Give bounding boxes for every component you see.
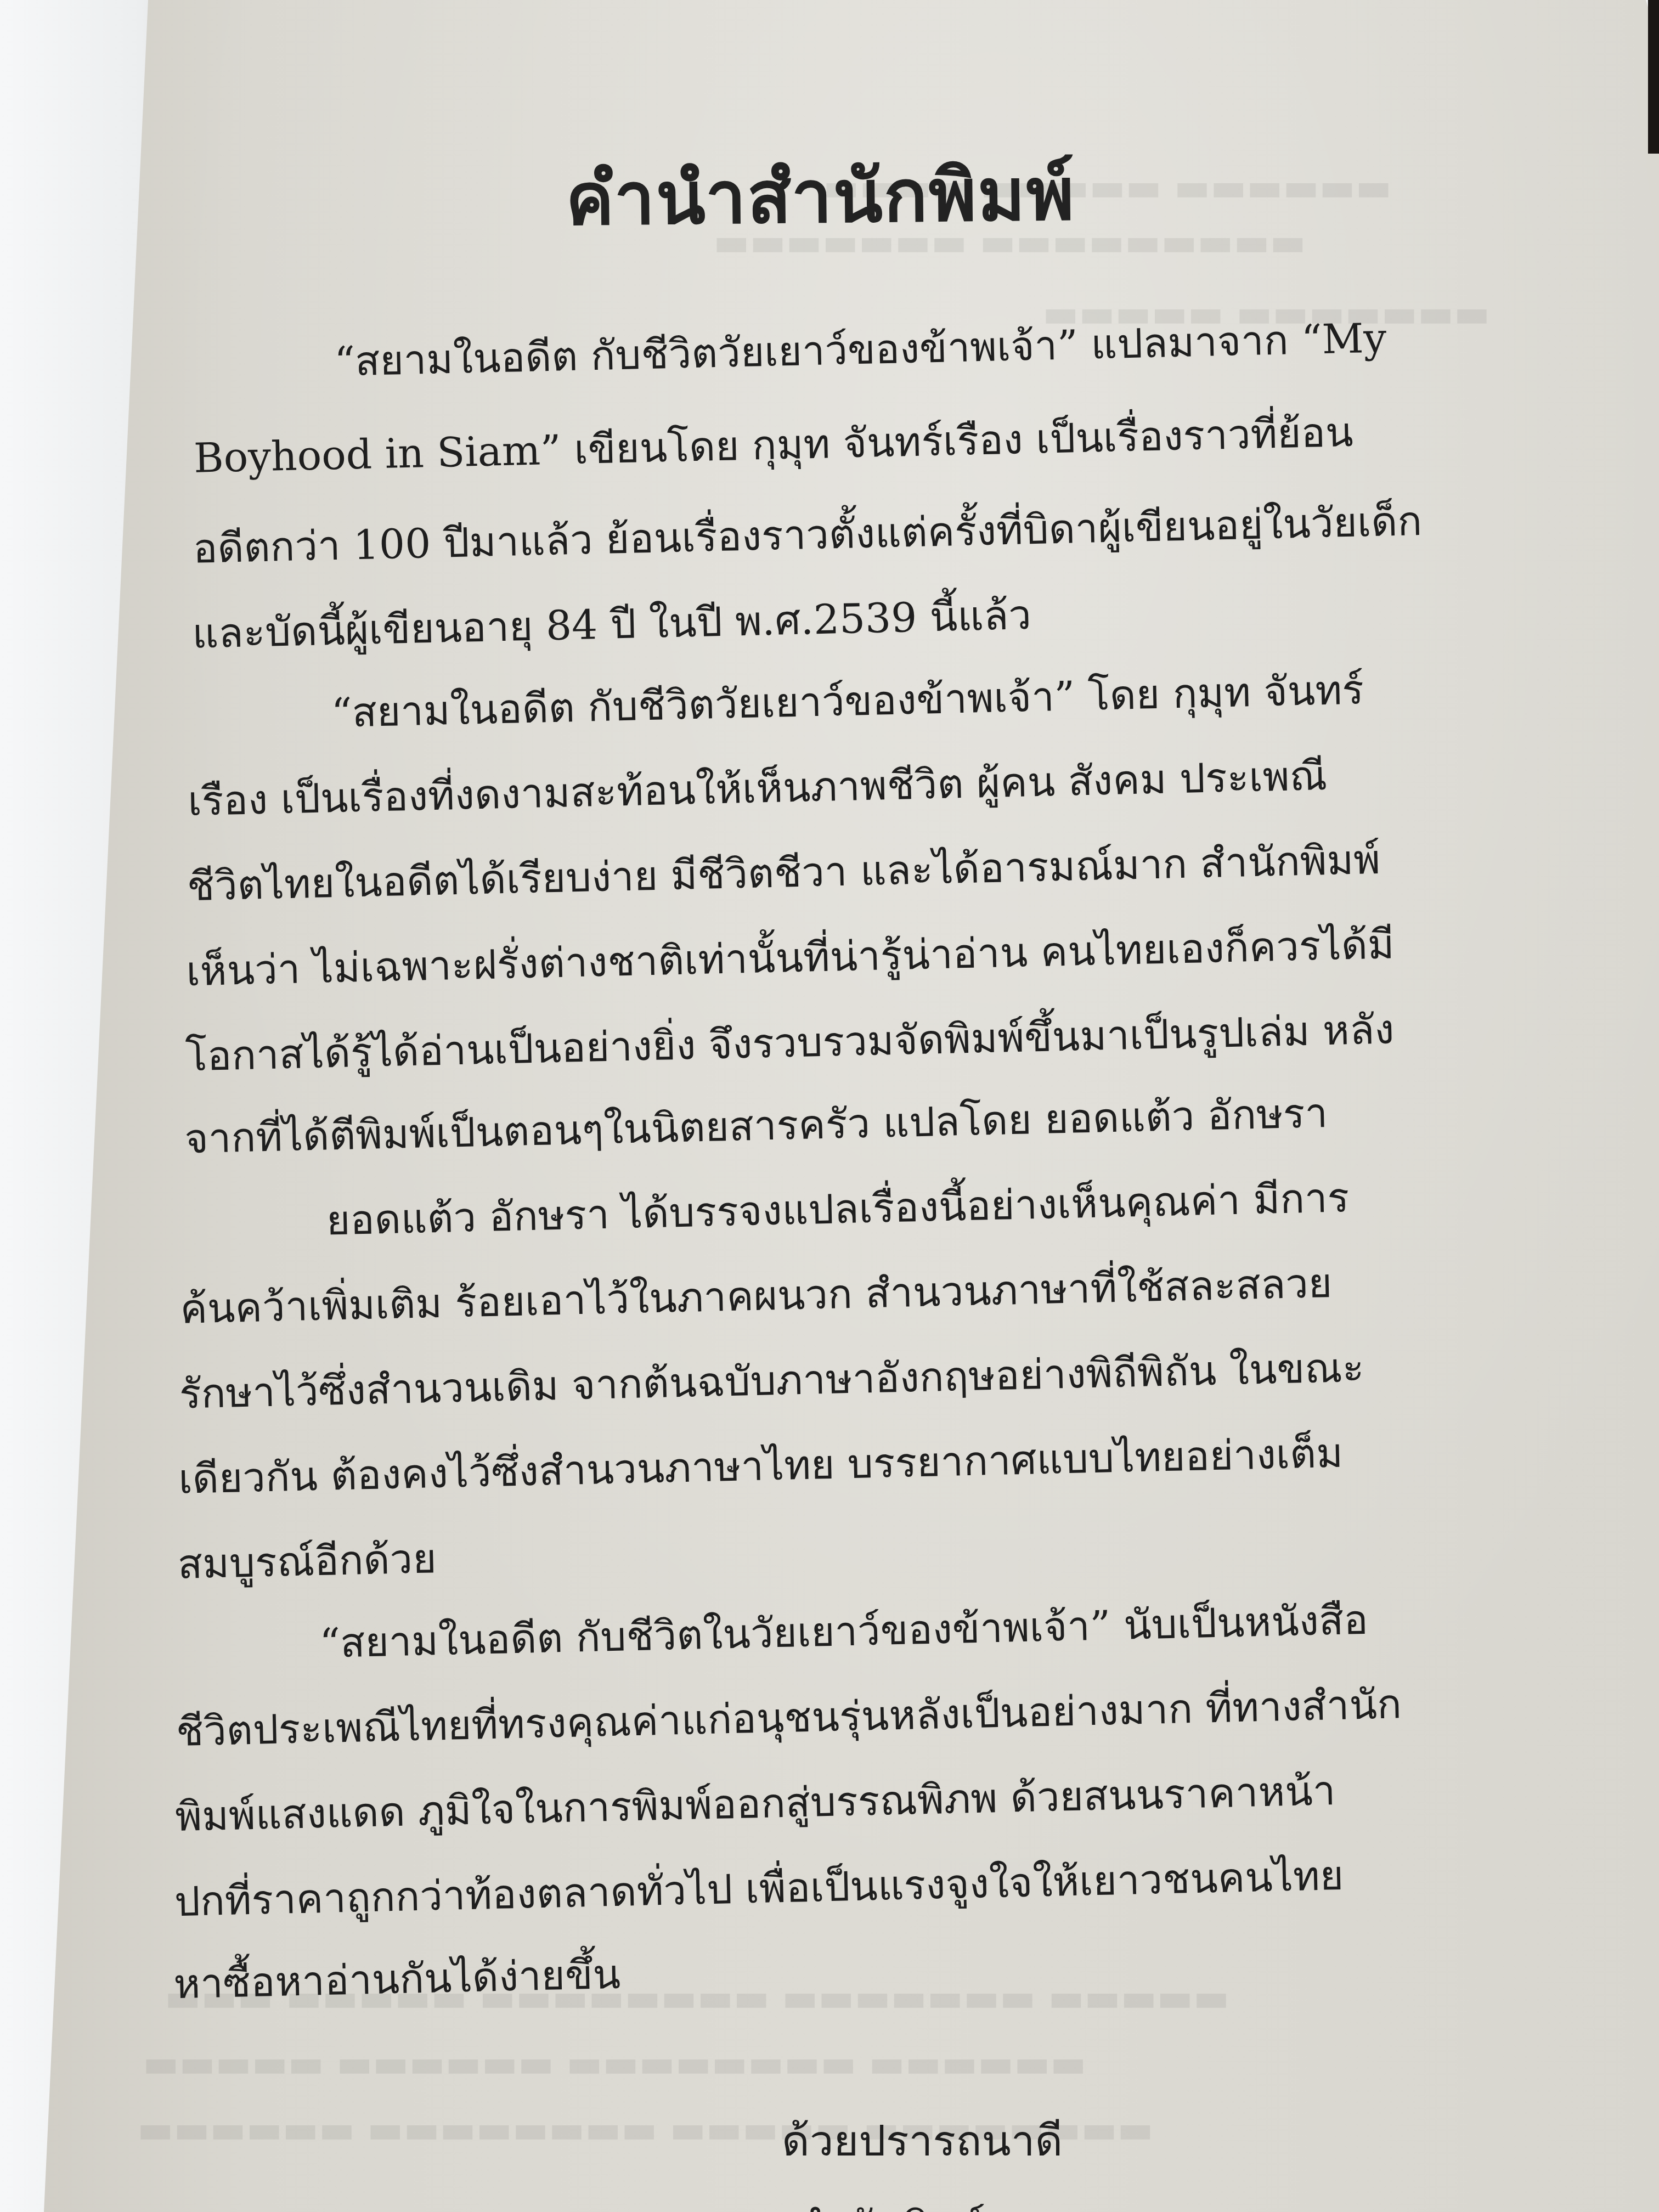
bleed-through-text: ▬▬▬▬▬ ▬▬▬▬▬▬ ▬▬▬▬▬▬▬▬ ▬▬▬▬▬▬ (143, 2041, 1086, 2086)
signoff-closing: ด้วยปรารถนาดี (782, 2107, 1063, 2175)
page-title: คำนำสำนักพิมพ์ (565, 137, 1076, 257)
paragraph-3-line-5: สมบูรณ์อีกด้วย (177, 1537, 437, 1587)
signoff-publisher-partial: สำนักพิมพ์ (795, 2189, 985, 2212)
background-edge (1648, 0, 1659, 154)
paragraph-4-line-5: หาซื้อหาอ่านกันได้ง่ายขึ้น (173, 1953, 620, 2007)
